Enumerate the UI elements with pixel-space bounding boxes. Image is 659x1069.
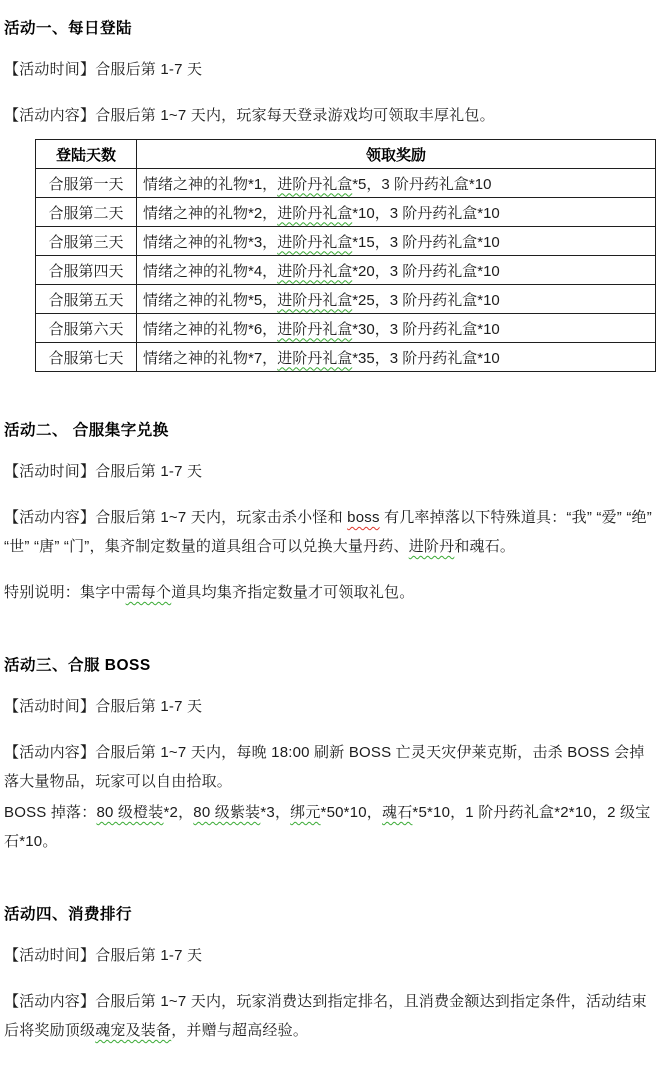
text-run: 和魂石。	[454, 538, 515, 555]
text-run: 情绪之神的礼物*3，	[143, 234, 277, 251]
spellcheck-green-underlined-text: 魂石	[382, 804, 412, 821]
section-heading-daily-login: 活动一、每日登陆	[4, 16, 655, 38]
reward-cell: 情绪之神的礼物*3，进阶丹礼盒*15，3 阶丹药礼盒*10	[137, 227, 656, 256]
activity-content-1: 【活动内容】合服后第 1~7 天内，玩家每天登录游戏均可领取丰厚礼包。	[4, 101, 655, 130]
text-run: *15，3 阶丹药礼盒*10	[352, 234, 500, 251]
text-run: *5，3 阶丹药礼盒*10	[352, 176, 491, 193]
spellcheck-green-underlined-text: 80 级橙装	[96, 804, 163, 821]
login-day-cell: 合服第五天	[36, 285, 137, 314]
text-run: 情绪之神的礼物*4，	[143, 263, 277, 280]
login-reward-table: 登陆天数 领取奖励 合服第一天情绪之神的礼物*1，进阶丹礼盒*5，3 阶丹药礼盒…	[35, 139, 656, 372]
text-run: *50*10，	[321, 804, 382, 821]
spellcheck-green-underlined-text: 需每个	[126, 584, 172, 601]
login-day-cell: 合服第四天	[36, 256, 137, 285]
spellcheck-green-underlined-text: 进阶丹礼盒	[277, 321, 352, 338]
activity-time-3: 【活动时间】合服后第 1-7 天	[4, 692, 655, 721]
activity-document: 活动一、每日登陆 【活动时间】合服后第 1-7 天 【活动内容】合服后第 1~7…	[0, 0, 659, 1069]
spellcheck-green-underlined-text: 进阶丹礼盒	[277, 176, 352, 193]
text-run: 情绪之神的礼物*5，	[143, 292, 277, 309]
table-row: 合服第一天情绪之神的礼物*1，进阶丹礼盒*5，3 阶丹药礼盒*10	[36, 169, 656, 198]
text-run: 情绪之神的礼物*1，	[143, 176, 277, 193]
spellcheck-red-underlined-text: boss	[347, 509, 380, 526]
login-day-cell: 合服第三天	[36, 227, 137, 256]
text-run: 【活动内容】合服后第 1~7 天内，玩家每天登录游戏均可领取丰厚礼包。	[4, 107, 495, 124]
spellcheck-green-underlined-text: 进阶丹礼盒	[277, 263, 352, 280]
table-body: 合服第一天情绪之神的礼物*1，进阶丹礼盒*5，3 阶丹药礼盒*10合服第二天情绪…	[36, 169, 656, 372]
table-row: 合服第四天情绪之神的礼物*4，进阶丹礼盒*20，3 阶丹药礼盒*10	[36, 256, 656, 285]
login-day-cell: 合服第六天	[36, 314, 137, 343]
table-row: 合服第五天情绪之神的礼物*5，进阶丹礼盒*25，3 阶丹药礼盒*10	[36, 285, 656, 314]
column-header-rewards: 领取奖励	[137, 140, 656, 169]
login-day-cell: 合服第七天	[36, 343, 137, 372]
login-day-cell: 合服第二天	[36, 198, 137, 227]
activity-time-1: 【活动时间】合服后第 1-7 天	[4, 55, 655, 84]
text-run: *30，3 阶丹药礼盒*10	[352, 321, 500, 338]
table-row: 合服第七天情绪之神的礼物*7，进阶丹礼盒*35，3 阶丹药礼盒*10	[36, 343, 656, 372]
text-run: *3，	[260, 804, 290, 821]
text-run: 特别说明：集字中	[4, 584, 126, 601]
spellcheck-green-underlined-text: 进阶丹礼盒	[277, 234, 352, 251]
text-run: 情绪之神的礼物*2，	[143, 205, 277, 222]
login-day-cell: 合服第一天	[36, 169, 137, 198]
reward-cell: 情绪之神的礼物*2，进阶丹礼盒*10，3 阶丹药礼盒*10	[137, 198, 656, 227]
section-daily-login: 活动一、每日登陆 【活动时间】合服后第 1-7 天 【活动内容】合服后第 1~7…	[4, 16, 655, 372]
text-run: BOSS 掉落：	[4, 804, 96, 821]
section-word-collection: 活动二、 合服集字兑换 【活动时间】合服后第 1-7 天 【活动内容】合服后第 …	[4, 418, 655, 607]
spellcheck-green-underlined-text: 进阶丹礼盒	[277, 350, 352, 367]
text-run: *35，3 阶丹药礼盒*10	[352, 350, 500, 367]
section-merge-boss: 活动三、合服 BOSS 【活动时间】合服后第 1-7 天 【活动内容】合服后第 …	[4, 653, 655, 856]
text-run: *25，3 阶丹药礼盒*10	[352, 292, 500, 309]
reward-cell: 情绪之神的礼物*4，进阶丹礼盒*20，3 阶丹药礼盒*10	[137, 256, 656, 285]
text-run: *10，3 阶丹药礼盒*10	[352, 205, 500, 222]
page: { "colors": { "background": "#ffffff", "…	[0, 0, 659, 1069]
table-header-row: 登陆天数 领取奖励	[36, 140, 656, 169]
text-run: 【活动内容】合服后第 1~7 天内，每晚 18:00 刷新 BOSS 亡灵天灾伊…	[4, 744, 645, 790]
table-row: 合服第二天情绪之神的礼物*2，进阶丹礼盒*10，3 阶丹药礼盒*10	[36, 198, 656, 227]
section-spending-ranking: 活动四、消费排行 【活动时间】合服后第 1-7 天 【活动内容】合服后第 1~7…	[4, 902, 655, 1045]
reward-cell: 情绪之神的礼物*7，进阶丹礼盒*35，3 阶丹药礼盒*10	[137, 343, 656, 372]
text-run: *20，3 阶丹药礼盒*10	[352, 263, 500, 280]
table-row: 合服第三天情绪之神的礼物*3，进阶丹礼盒*15，3 阶丹药礼盒*10	[36, 227, 656, 256]
text-run: 情绪之神的礼物*6，	[143, 321, 277, 338]
spellcheck-green-underlined-text: 进阶丹	[409, 538, 455, 555]
activity-content-2: 【活动内容】合服后第 1~7 天内，玩家击杀小怪和 boss 有几率掉落以下特殊…	[4, 503, 655, 561]
column-header-login-days: 登陆天数	[36, 140, 137, 169]
text-run: 情绪之神的礼物*7，	[143, 350, 277, 367]
activity-content-3: 【活动内容】合服后第 1~7 天内，每晚 18:00 刷新 BOSS 亡灵天灾伊…	[4, 738, 655, 796]
activity-content-4: 【活动内容】合服后第 1~7 天内，玩家消费达到指定排名，且消费金额达到指定条件…	[4, 987, 655, 1045]
activity-time-2: 【活动时间】合服后第 1-7 天	[4, 457, 655, 486]
reward-cell: 情绪之神的礼物*5，进阶丹礼盒*25，3 阶丹药礼盒*10	[137, 285, 656, 314]
table-row: 合服第六天情绪之神的礼物*6，进阶丹礼盒*30，3 阶丹药礼盒*10	[36, 314, 656, 343]
spellcheck-green-underlined-text: 80 级紫装	[193, 804, 260, 821]
text-run: 【活动内容】合服后第 1~7 天内，玩家击杀小怪和	[4, 509, 347, 526]
spellcheck-green-underlined-text: 进阶丹礼盒	[277, 205, 352, 222]
reward-cell: 情绪之神的礼物*1，进阶丹礼盒*5，3 阶丹药礼盒*10	[137, 169, 656, 198]
boss-drop-list: BOSS 掉落：80 级橙装*2，80 级紫装*3，绑元*50*10，魂石*5*…	[4, 798, 655, 856]
text-run: *2，	[164, 804, 194, 821]
reward-cell: 情绪之神的礼物*6，进阶丹礼盒*30，3 阶丹药礼盒*10	[137, 314, 656, 343]
section-heading-spending-ranking: 活动四、消费排行	[4, 902, 655, 924]
spellcheck-green-underlined-text: 进阶丹礼盒	[277, 292, 352, 309]
section-heading-word-collection: 活动二、 合服集字兑换	[4, 418, 655, 440]
special-note: 特别说明：集字中需每个道具均集齐指定数量才可领取礼包。	[4, 578, 655, 607]
activity-time-4: 【活动时间】合服后第 1-7 天	[4, 941, 655, 970]
text-run: ，并赠与超高经验。	[171, 1022, 308, 1039]
spellcheck-green-underlined-text: 绑元	[290, 804, 320, 821]
text-run: 道具均集齐指定数量才可领取礼包。	[171, 584, 414, 601]
section-heading-merge-boss: 活动三、合服 BOSS	[4, 653, 655, 675]
spellcheck-green-underlined-text: 魂宠及装备	[95, 1022, 171, 1039]
